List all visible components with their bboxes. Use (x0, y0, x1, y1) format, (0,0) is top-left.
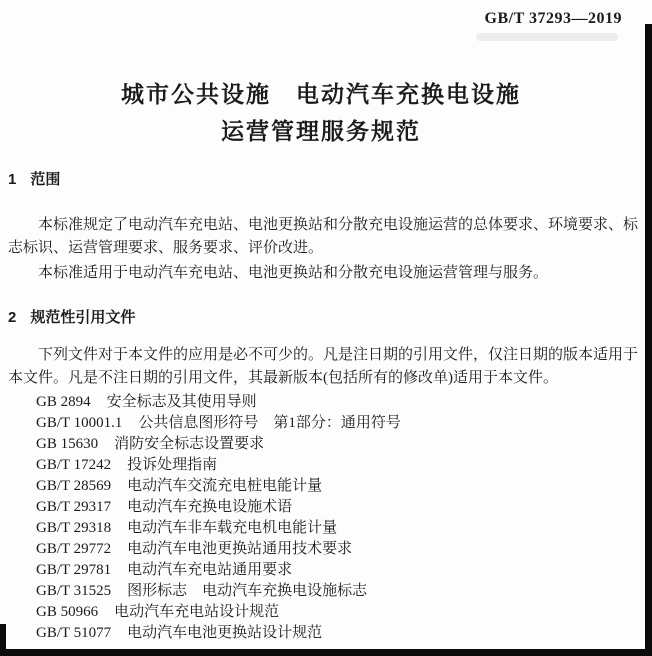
scan-edge-left (0, 624, 6, 656)
section-1-title: 范围 (30, 171, 60, 188)
reference-title: 图形标志 电动汽车充换电设施标志 (127, 583, 367, 599)
reference-title: 消防安全标志设置要求 (114, 436, 264, 452)
reference-title: 电动汽车充换电设施术语 (127, 499, 292, 515)
section-2-heading: 2规范性引用文件 (8, 306, 135, 327)
reference-code: GB 15630 (36, 434, 98, 455)
scan-edge-bottom (0, 649, 652, 656)
reference-title: 电动汽车充电站设计规范 (114, 604, 279, 620)
reference-code: GB/T 29318 (36, 518, 111, 539)
reference-item: GB/T 31525图形标志 电动汽车充换电设施标志 (36, 581, 632, 602)
reference-code: GB/T 29317 (36, 497, 111, 518)
reference-title: 电动汽车充电站通用要求 (127, 562, 292, 578)
section-1-paragraph-2: 本标准适用于电动汽车充电站、电池更换站和分散充电设施运营管理与服务。 (8, 262, 638, 285)
reference-code: GB/T 10001.1 (36, 413, 122, 434)
normative-references-list: GB 2894安全标志及其使用导则 GB/T 10001.1公共信息图形符号 第… (36, 392, 632, 644)
reference-code: GB/T 17242 (36, 455, 111, 476)
reference-title: 公共信息图形符号 第1部分：通用符号 (138, 415, 401, 431)
scan-smudge (476, 33, 618, 41)
reference-item: GB/T 29317电动汽车充换电设施术语 (36, 497, 632, 518)
section-1-heading: 1范围 (8, 168, 60, 189)
reference-item: GB/T 28569电动汽车交流充电桩电能计量 (36, 476, 632, 497)
reference-title: 安全标志及其使用导则 (107, 394, 257, 410)
reference-item: GB/T 29318电动汽车非车载充电机电能计量 (36, 518, 632, 539)
reference-item: GB/T 29781电动汽车充电站通用要求 (36, 560, 632, 581)
reference-code: GB 50966 (36, 602, 98, 623)
reference-item: GB/T 10001.1公共信息图形符号 第1部分：通用符号 (36, 413, 632, 434)
reference-code: GB/T 31525 (36, 581, 111, 602)
document-title-line2: 运营管理服务规范 (0, 113, 642, 150)
reference-item: GB 2894安全标志及其使用导则 (36, 392, 632, 413)
reference-code: GB/T 51077 (36, 623, 111, 644)
reference-code: GB 2894 (36, 392, 91, 413)
section-2-number: 2 (8, 309, 16, 326)
reference-item: GB/T 17242投诉处理指南 (36, 455, 632, 476)
reference-code: GB/T 29772 (36, 539, 111, 560)
reference-title: 电动汽车电池更换站通用技术要求 (127, 541, 352, 557)
document-title: 城市公共设施 电动汽车充换电设施 运营管理服务规范 (0, 76, 642, 150)
section-1-paragraph-1: 本标准规定了电动汽车充电站、电池更换站和分散充电设施运营的总体要求、环境要求、标… (8, 214, 638, 260)
section-2-title: 规范性引用文件 (30, 309, 135, 326)
reference-item: GB 15630消防安全标志设置要求 (36, 434, 632, 455)
reference-title: 电动汽车非车载充电机电能计量 (127, 520, 337, 536)
reference-title: 投诉处理指南 (127, 457, 217, 473)
reference-item: GB/T 29772电动汽车电池更换站通用技术要求 (36, 539, 632, 560)
standard-number: GB/T 37293—2019 (485, 10, 622, 28)
document-title-line1: 城市公共设施 电动汽车充换电设施 (0, 76, 642, 113)
reference-title: 电动汽车电池更换站设计规范 (127, 625, 322, 641)
section-1-number: 1 (8, 171, 16, 188)
document-page: GB/T 37293—2019 城市公共设施 电动汽车充换电设施 运营管理服务规… (0, 0, 652, 656)
reference-code: GB/T 29781 (36, 560, 111, 581)
section-2-paragraph-1: 下列文件对于本文件的应用是必不可少的。凡是注日期的引用文件，仅注日期的版本适用于… (8, 344, 638, 390)
reference-item: GB 50966电动汽车充电站设计规范 (36, 602, 632, 623)
scan-edge-right (645, 24, 652, 656)
reference-title: 电动汽车交流充电桩电能计量 (127, 478, 322, 494)
reference-item: GB/T 51077电动汽车电池更换站设计规范 (36, 623, 632, 644)
reference-code: GB/T 28569 (36, 476, 111, 497)
